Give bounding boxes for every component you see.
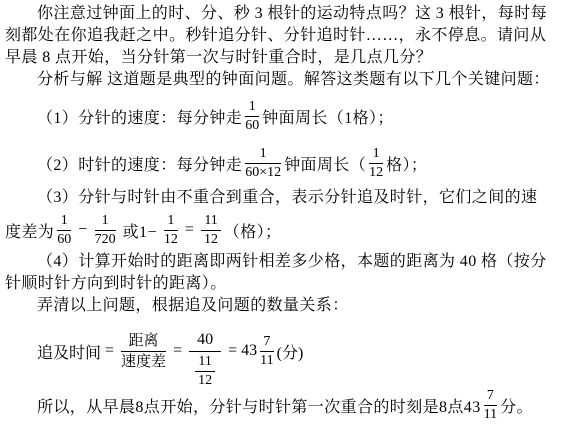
point-2-text: （2）时针的速度：每分钟走 (37, 152, 242, 175)
point-1-text: （1）分针的速度：每分钟走 (37, 105, 242, 128)
fraction-denominator: 12 (201, 231, 220, 248)
relation-intro: 弄清以上问题，根据追及问题的数量关系： (5, 295, 575, 317)
point-1-text-post: 钟面周长（1格）； (262, 105, 394, 128)
fraction-numerator: 1 (95, 213, 116, 231)
minus-operator: − (78, 221, 87, 239)
point-3-text-post: （格）； (224, 219, 282, 242)
fraction-numerator: 40 (189, 330, 221, 352)
equals-operator: = (173, 342, 182, 360)
or-one-minus-text: 或1− (123, 219, 157, 242)
fraction-denominator: 11 (484, 406, 497, 423)
fraction-denominator: 60 (245, 117, 259, 134)
fraction-denominator: 12 (369, 164, 383, 181)
fraction-1-over-12: 1 12 (369, 146, 383, 181)
key-point-1: （1）分针的速度：每分钟走 1 60 钟面周长（1格）； (5, 93, 575, 139)
equals-operator: = (228, 342, 237, 360)
formula-lhs: 追及时间 (37, 340, 101, 363)
key-point-4-line-1: （4）计算开始时的距离即两针相差多少格，本题的距离为 40 格（按分 (5, 251, 575, 273)
fraction-denominator: 60×12 (245, 164, 281, 181)
formula-result: 43 7 11 (分) (241, 334, 303, 369)
equals-operator: = (185, 221, 194, 239)
fraction-numerator: 7 (260, 334, 273, 352)
fraction-distance-over-speed-difference: 距离 速度差 (121, 332, 166, 371)
fraction-1-over-720: 1 720 (95, 213, 116, 248)
math-solution-document: 你注意过钟面上的时、分、秒 3 根针的运动特点吗？这 3 根针，每时每 刻都处在… (0, 0, 580, 425)
fraction-1-over-60: 1 60 (245, 99, 259, 134)
conclusion-text-post: 分。 (500, 394, 533, 417)
result-unit: (分) (277, 340, 304, 363)
key-point-3-line-1: （3）分针与时针由不重合到重合，表示分针追及时针，它们之间的速 (5, 187, 575, 209)
key-point-4-line-2: 针顺时针方向到时针的距离）。 (5, 273, 575, 295)
fraction-denominator: 12 (164, 231, 178, 248)
conclusion-text: 所以，从早晨8点开始，分针与时针第一次重合的时刻是8点43 (37, 394, 481, 417)
fraction-denominator: 60 (57, 231, 71, 248)
fraction-numerator: 距离 (121, 332, 166, 352)
fraction-1-over-12: 1 12 (164, 213, 178, 248)
fraction-7-over-11: 7 11 (484, 388, 497, 423)
question-line-3: 早晨 8 点开始，当分针第一次与时针重合时，是几点几分？ (5, 47, 575, 69)
chase-time-formula: 追及时间 = 距离 速度差 = 40 11 12 = 43 7 11 (分) (37, 317, 575, 385)
key-point-2: （2）时针的速度：每分钟走 1 60×12 钟面周长（ 1 12 格）； (5, 139, 575, 187)
analysis-intro: 分析与解 这道题是典型的钟面问题。解答这类题有以下几个关键问题： (5, 69, 575, 91)
question-line-1: 你注意过钟面上的时、分、秒 3 根针的运动特点吗？这 3 根针，每时每 (5, 3, 575, 25)
fraction-numerator: 1 (245, 99, 259, 117)
fraction-denominator: 速度差 (121, 352, 166, 371)
fraction-denominator: 12 (195, 372, 214, 389)
fraction-numerator: 11 (201, 213, 220, 231)
fraction-11-over-12: 11 12 (201, 213, 220, 248)
fraction-11-over-12: 11 12 (195, 354, 214, 389)
fraction-numerator: 1 (245, 146, 281, 164)
fraction-numerator: 1 (369, 146, 383, 164)
fraction-numerator: 7 (484, 388, 497, 406)
point-2-text-post: 格）； (386, 152, 427, 175)
result-whole-number: 43 (241, 342, 257, 360)
point-3-text: 度差为 (5, 219, 54, 242)
equals-operator: = (105, 342, 114, 360)
fraction-numerator: 1 (57, 213, 71, 231)
question-line-2: 刻都处在你追我赶之中。秒针追分针、分针追时针……，永不停息。请问从 (5, 25, 575, 47)
fraction-numerator: 11 (195, 354, 214, 372)
fraction-40-over-11-12ths: 40 11 12 (189, 330, 221, 389)
fraction-denominator: 720 (95, 231, 116, 248)
key-point-3-line-2: 度差为 1 60 − 1 720 或1− 1 12 = 11 12 （格）； (5, 209, 575, 251)
conclusion: 所以，从早晨8点开始，分针与时针第一次重合的时刻是8点43 7 11 分。 (5, 385, 575, 425)
fraction-7-over-11: 7 11 (260, 334, 273, 369)
fraction-denominator: 11 12 (195, 352, 214, 389)
fraction-1-over-60: 1 60 (57, 213, 71, 248)
point-2-text-mid: 钟面周长（ (284, 152, 366, 175)
fraction-1-over-60x12: 1 60×12 (245, 146, 281, 181)
fraction-numerator: 1 (164, 213, 178, 231)
fraction-denominator: 11 (260, 352, 273, 369)
